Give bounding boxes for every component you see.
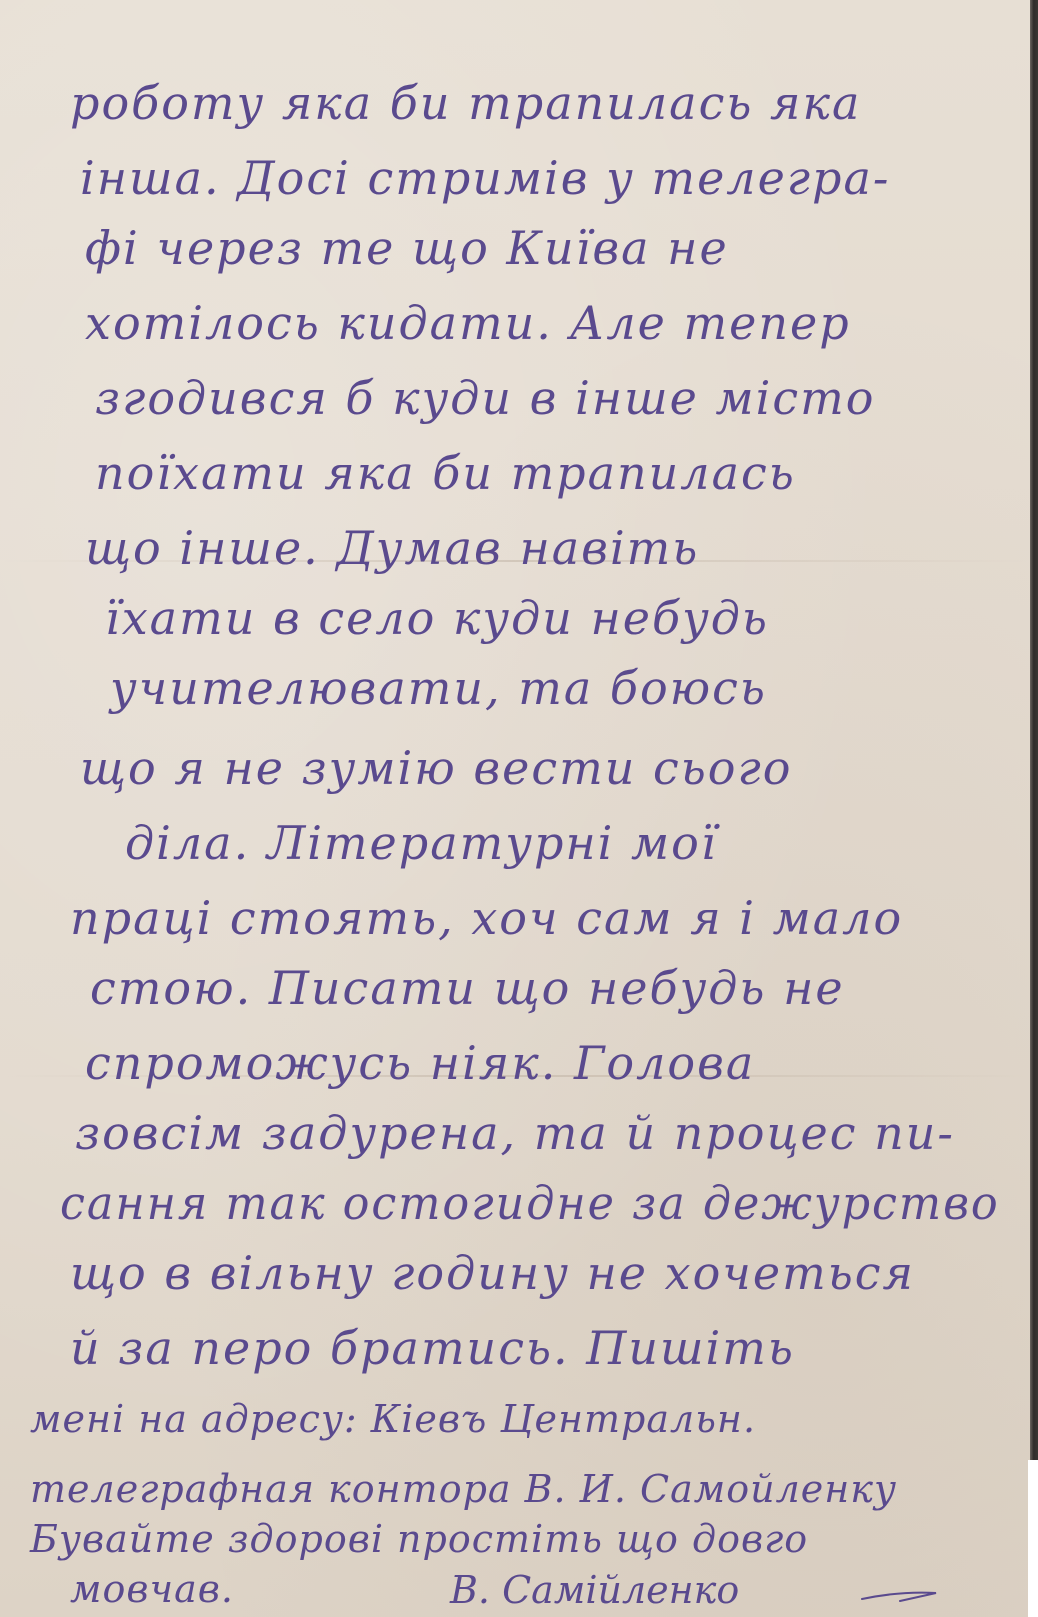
letter-line: стою. Писати що небудь не bbox=[90, 965, 845, 1011]
letter-line: діла. Літературні мої bbox=[125, 820, 718, 866]
letter-line: що я не зумію вести сього bbox=[80, 745, 792, 791]
letter-line: хотілось кидати. Але тепер bbox=[85, 300, 851, 346]
letter-line: сання так остогидне за дежурство bbox=[60, 1180, 1000, 1226]
letter-line: й за перо братись. Пишіть bbox=[70, 1325, 795, 1371]
letter-line: спроможусь ніяк. Голова bbox=[85, 1040, 755, 1086]
letter-line: фі через те що Київа не bbox=[85, 225, 729, 271]
letter-line: поїхати яка би трапилась bbox=[95, 450, 796, 496]
signature: В. Самійленко bbox=[450, 1568, 739, 1612]
letter-line: роботу яка би трапилась яка bbox=[70, 80, 861, 126]
scanned-letter: роботу яка би трапилась яка інша. Досі с… bbox=[0, 0, 1038, 1617]
letter-line: інша. Досі стримів у телегра- bbox=[80, 155, 890, 201]
letter-line: мені на адресу: Кіевъ Центральн. bbox=[30, 1400, 756, 1438]
letter-line: учителювати, та боюсь bbox=[110, 665, 767, 711]
letter-line: що в вільну годину не хочеться bbox=[70, 1250, 915, 1296]
letter-line: зовсім задурена, та й процес пи- bbox=[75, 1110, 955, 1156]
letter-body: роботу яка би трапилась яка інша. Досі с… bbox=[0, 0, 1030, 1617]
letter-line: що інше. Думав навіть bbox=[85, 525, 699, 571]
letter-line: їхати в село куди небудь bbox=[105, 595, 769, 641]
signature-flourish-icon bbox=[860, 1585, 940, 1605]
letter-line: мовчав. bbox=[70, 1570, 234, 1608]
letter-line: Бувайте здорові простіть що довго bbox=[30, 1520, 808, 1558]
scan-edge-shadow bbox=[1030, 0, 1038, 1460]
letter-line: праці стоять, хоч сам я і мало bbox=[70, 895, 903, 941]
letter-line: згодився б куди в інше місто bbox=[95, 375, 875, 421]
letter-line: телеграфная контора В. И. Самойленку bbox=[30, 1470, 897, 1508]
